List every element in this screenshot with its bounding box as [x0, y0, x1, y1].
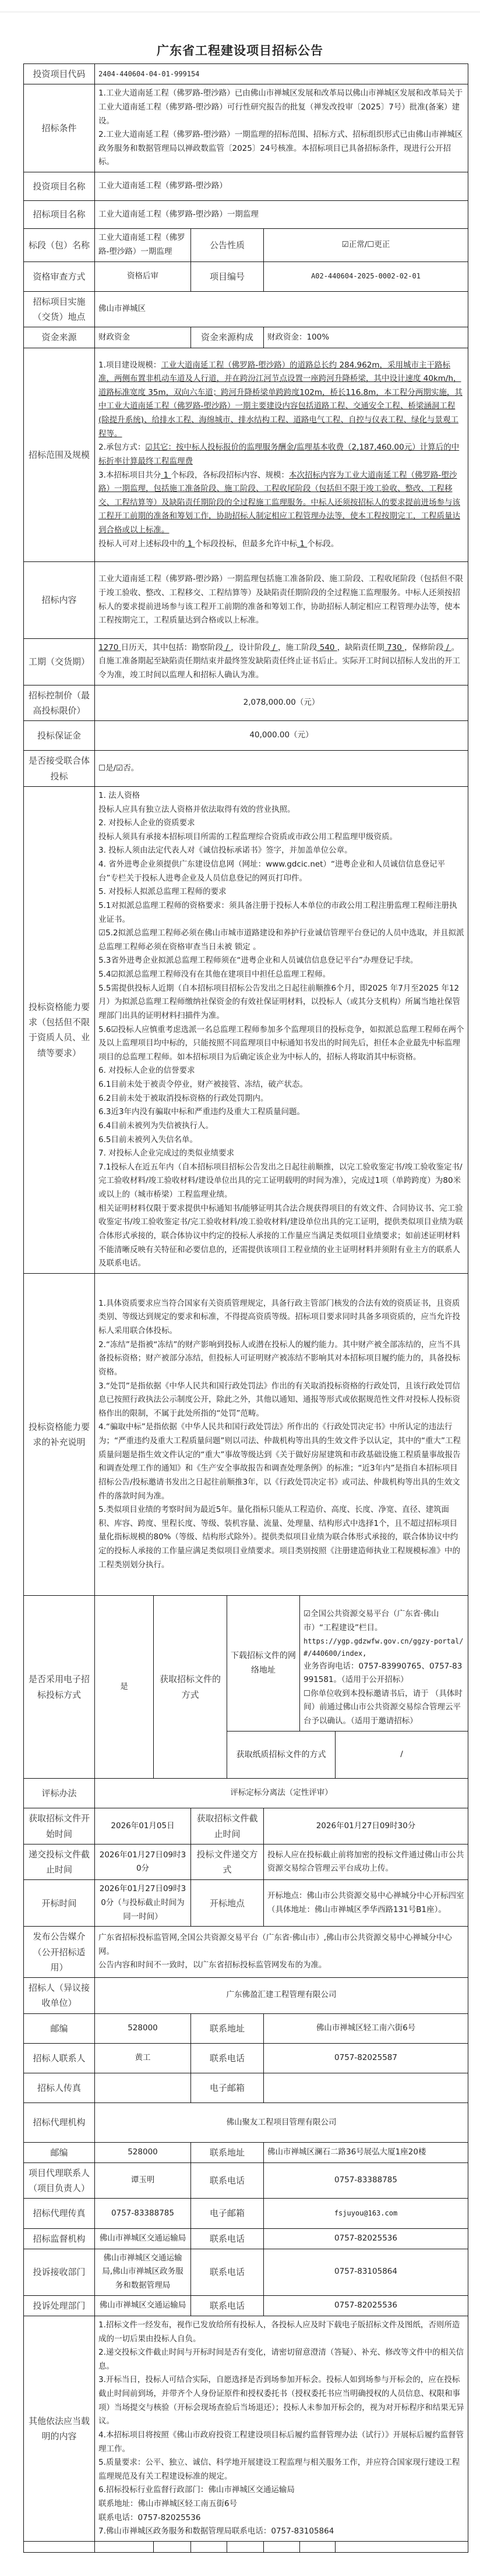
req-line: 6.2目前未处于被取消投标资格的行政处罚期内。: [98, 1092, 464, 1106]
spacer-cell: [24, 2541, 95, 2552]
label-complaint-handle: 投诉处理部门: [24, 2295, 95, 2316]
value-tenderer: 广东佛盈汇建工程管理有限公司: [95, 1978, 468, 2014]
value-agency-contact: 谭玉明: [95, 2162, 191, 2199]
other-line: 6.招标投标行业监督行政部门：佛山市禅城区交通运输局: [98, 2483, 464, 2497]
duration-construction: 540: [317, 643, 337, 652]
label-conditions: 招标条件: [24, 84, 95, 172]
value-agency-postal: 528000: [95, 2142, 191, 2162]
req-line: 6.3近3年内没有骗取中标和严重违约及重大工程质量问题。: [98, 1105, 464, 1119]
spacer-cell: [264, 2541, 300, 2552]
row-content: 招标内容 工业大道南延工程（佛罗路-塱沙路）一期监理包括施工准备阶段、施工阶段、…: [24, 562, 468, 639]
supplement-line: 2.“冻结”是指被“冻结”的财产影响到投标人或潜在投标人的履约能力。其中财产被全…: [98, 1338, 464, 1380]
label-funding: 资金来源: [24, 327, 95, 348]
spacer-cell: [95, 2541, 154, 2552]
label-qualification: 资格审查方式: [24, 262, 95, 291]
conditions-p2: 2.工业大道南延工程（佛罗路-塱沙路）一期监理的招标范围、招标方式、招标组织形式…: [98, 128, 464, 169]
row-section: 标段（包）名称 工业大道南延工程（佛罗路-塱沙路）一期监理 公告性质 ☑正常/☐…: [24, 229, 468, 262]
row-supplement: 投标资格能力要求的补充说明 1.具体资质要求应当符合国家有关资质管理规定，具备行…: [24, 1273, 468, 1596]
value-evaluation: 评标定标分离法（定性评审）: [95, 1779, 468, 1808]
label-project-code: 项目编号: [191, 262, 264, 291]
scope-p3-body: 本次招标内容为工业大道南延工程（佛罗路-塱沙路）一期监理，包括施工准备阶段、施工…: [98, 471, 460, 535]
label-tenderer-fax: 招标人传真: [24, 2073, 95, 2103]
label-supervisor-phone: 联系电话: [191, 2228, 264, 2249]
scope-section-count: 1: [161, 471, 171, 480]
supplement-line: 1.具体资质要求应当符合国家有关资质管理规定，具备行政主管部门核发的合法有效的资…: [98, 1297, 464, 1338]
label-tenderer-postal: 邮编: [24, 2013, 95, 2043]
label-agency-contact: 项目代理联系人（项目负责人）: [24, 2162, 95, 2199]
label-consortium: 是否接受联合体投标: [24, 751, 95, 787]
value-doc-end: 2026年01月27日09时30分: [264, 1808, 468, 1844]
row-other: 其他依法应当载明的内容 1.招标文件一经发布，视作已发放给所有投标人，各投标人应…: [24, 2316, 468, 2541]
label-funding-composition: 资金来源构成: [191, 327, 264, 348]
download-hotline: 业务咨询电话：0757-83990765、0757-83991581。（适用于公…: [303, 1660, 464, 1687]
label-media: 发布公告媒介（公开招标适用）: [24, 1927, 95, 1978]
value-deposit: 40,000.00（元）: [95, 721, 468, 751]
row-conditions: 招标条件 1.工业大道南延工程（佛罗路-塱沙路）已由佛山市禅城区发展和改革局以佛…: [24, 84, 468, 172]
row-agency-contact: 项目代理联系人（项目负责人） 谭玉明 联系电话 0757-83388785: [24, 2162, 468, 2199]
row-invest-name: 投资项目名称 工业大道南延工程（佛罗路-塱沙路）: [24, 172, 468, 201]
value-complaint-handle: 佛山市禅城区交通运输局: [95, 2295, 191, 2316]
value-tenderer-postal: 528000: [95, 2013, 191, 2043]
row-tenderer-contact: 招标人联系人 黄工 联系电话 0757-82025587: [24, 2043, 468, 2073]
label-electronic: 是否采用电子招标投标方式: [24, 1596, 95, 1779]
media-line-1: 广东省招标投标监管网,全国公共资源交易平台（广东省·佛山市）,佛山市公共资源交易…: [98, 1931, 464, 1959]
value-agency-phone: 0757-83388785: [264, 2162, 468, 2199]
row-tender-name: 招标项目名称 工业大道南延工程（佛罗路-塱沙路）一期监理: [24, 200, 468, 229]
label-obtain-method: 获取招标文件的方式: [154, 1596, 227, 1779]
spacer-cell: [191, 2541, 227, 2552]
table-footer-spacer: [24, 2541, 468, 2552]
label-invest-name: 投资项目名称: [24, 172, 95, 201]
value-control-price: 2,078,000.00（元）: [95, 685, 468, 721]
scope-p4-c: 个标段。: [307, 539, 338, 549]
supplement-line: 5.类似项目业绩的考察时间为最近5年。量化指标只能从工程造价、高度、长度、净宽、…: [98, 1503, 464, 1572]
value-tender-name: 工业大道南延工程（佛罗路-塱沙路）一期监理: [95, 200, 468, 229]
label-opening-time: 开标时间: [24, 1880, 95, 1927]
row-tenderer: 招标人（异议接收单位） 广东佛盈汇建工程管理有限公司: [24, 1978, 468, 2014]
page-title: 广东省工程建设项目招标公告: [0, 41, 480, 59]
scope-p3-mid: 个标段，各标段招标内容、规模：: [171, 471, 290, 480]
req-line: 4. 省外进粤企业须提供广东建设信息网（网址：www.gdcic.net）“进粤…: [98, 858, 464, 885]
label-agency-fax: 招标代理传真: [24, 2199, 95, 2228]
req-line: 7. 对投标人企业完成过的类似业绩要求: [98, 1147, 464, 1161]
req-line: 相关证明材料仅限于要求提供中标通知书/能够证明其合法合规获得项目的有效文件、合同…: [98, 1202, 464, 1271]
row-agency-fax: 招标代理传真 0757-83388785 电子邮箱 fsjuyou@163.co…: [24, 2199, 468, 2228]
scope-p1: 1.项目建设规模：工业大道南延工程（佛罗路-塱沙路）的道路总长约 284.962…: [98, 359, 464, 441]
download-url-link[interactable]: https://ygp.gdzwfw.gov.cn/ggzy-portal/#/…: [303, 1635, 464, 1660]
req-line: 5.3省外进粤企业拟派总监理工程师须在“进粤企业和人员诚信信息登记平台”办理登记…: [98, 954, 464, 968]
spacer-cell: [336, 2541, 468, 2552]
duration-text-1: 日历天，其中包括：勘察阶段: [121, 643, 224, 652]
label-notice-nature: 公告性质: [191, 229, 264, 262]
row-media: 发布公告媒介（公开招标适用） 广东省招标投标监管网,全国公共资源交易平台（广东省…: [24, 1927, 468, 1978]
req-line: 1. 法人资格: [98, 789, 464, 803]
req-line: 3. 投标人须由法定代表人对《诚信投标承诺书》签字，并加盖单位公章。: [98, 844, 464, 858]
row-agency-postal: 邮编 528000 联系地址 佛山市禅城区澜石二路36号展弘大厦1座20楼: [24, 2142, 468, 2162]
label-submit-method: 投标文件递交方式: [191, 1844, 264, 1880]
row-consortium: 是否接受联合体投标 ☐是/☑否。: [24, 751, 468, 787]
req-line: 7.1投标人在近五年内（自本招标项目招标公告发出之日起往前顺推，以完工验收鉴定书…: [98, 1161, 464, 1202]
scope-bid-count: 1: [185, 539, 195, 549]
scope-p2-prefix: 2.承包方式：: [98, 443, 145, 452]
value-agency: 佛山聚友工程项目管理有限公司: [95, 2103, 468, 2142]
value-agency-fax: 0757-83388785: [95, 2199, 191, 2228]
label-section: 标段（包）名称: [24, 229, 95, 262]
label-tenderer-phone: 联系电话: [191, 2043, 264, 2073]
value-download-address: ☑全国公共资源交易平台（广东省·佛山市）“工程建设”栏目。 https://yg…: [300, 1596, 468, 1731]
label-other: 其他依法应当载明的内容: [24, 2316, 95, 2541]
value-location: 佛山市禅城区: [95, 291, 468, 327]
label-agency-address: 联系地址: [191, 2142, 264, 2162]
label-location: 招标项目实施（交货）地点: [24, 291, 95, 327]
other-line: 7.佛山市禅城区政务服务和数据管理局联系电话：0757-83105864: [98, 2525, 464, 2539]
label-content: 招标内容: [24, 562, 95, 639]
row-control-price: 招标控制价（最高投标限价） 2,078,000.00（元）: [24, 685, 468, 721]
label-duration: 工期（交货期）: [24, 638, 95, 685]
label-tenderer-email: 电子邮箱: [191, 2073, 264, 2103]
duration-text-4: ，缺陷责任期: [337, 643, 384, 652]
value-media: 广东省招标投标监管网,全国公共资源交易平台（广东省·佛山市）,佛山市公共资源交易…: [95, 1927, 468, 1978]
req-line: 6.4目前未被列为失信被执行人。: [98, 1119, 464, 1133]
other-line: 联系地址：佛山市禅城区轻工南五街6号: [98, 2497, 464, 2511]
label-opening-place: 开标地点: [191, 1880, 264, 1927]
req-line: 6.1目前未处于被责令停业，财产被接管、冻结，破产状态。: [98, 1078, 464, 1092]
req-line: 投标人应具有独立法人资格并依法取得有效的营业执照。: [98, 803, 464, 817]
duration-survey: /: [223, 643, 231, 652]
duration-warranty: /: [444, 643, 451, 652]
value-project-code: A02-440604-2025-0002-02-01: [264, 262, 468, 291]
row-evaluation: 评标办法 评标定标分离法（定性评审）: [24, 1779, 468, 1808]
row-duration: 工期（交货期） 1270 日历天，其中包括：勘察阶段 / ，设计阶段 / ，施工…: [24, 638, 468, 685]
req-line: 5.6☑投标人应慎重考虑选派一名总监理工程师参加多个监理项目的投标竞争，如拟派总…: [98, 1023, 464, 1065]
label-tenderer: 招标人（异议接收单位）: [24, 1978, 95, 2014]
row-requirements: 投标资格能力要求（包括但不限于资质人员、业绩等要求） 1. 法人资格 投标人应具…: [24, 786, 468, 1273]
download-invite-note: ☐你单位收到本投标邀请书后，请于 （具体时间）前通过佛山市公共资源交易综合管理云…: [303, 1687, 464, 1729]
value-tenderer-address: 佛山市禅城区轻工南六街6号: [264, 2013, 468, 2043]
row-deposit: 投标保证金 40,000.00（元）: [24, 721, 468, 751]
label-evaluation: 评标办法: [24, 1779, 95, 1808]
value-duration: 1270 日历天，其中包括：勘察阶段 / ，设计阶段 / ，施工阶段 540 ，…: [95, 638, 468, 685]
row-invest-code: 投资项目代码 2404-440604-04-01-999154: [24, 64, 468, 84]
label-submit-deadline: 递交投标文件截止时间: [24, 1844, 95, 1880]
value-consortium: ☐是/☑否。: [95, 751, 468, 787]
label-download-address: 下载招标文件的网络地址: [227, 1596, 300, 1731]
supplement-line: 4.“骗取中标”是指依据《中华人民共和国行政处罚法》所作出的《行政处罚决定书》中…: [98, 1420, 464, 1503]
value-requirements: 1. 法人资格 投标人应具有独立法人资格并依法取得有效的营业执照。 2. 对投标…: [95, 786, 468, 1273]
label-doc-end: 获取招标文件截止时间: [191, 1808, 264, 1844]
value-opening-place: 开标地点：佛山市公共资源交易中心禅城分中心开标四室（具体地址：佛山市禅城区季华西…: [264, 1880, 468, 1927]
row-supervisor: 招标监督机构 佛山市禅城区交通运输局 联系电话 0757-82025536: [24, 2228, 468, 2249]
label-agency: 招标代理机构: [24, 2103, 95, 2142]
label-scope: 招标范围及规模: [24, 348, 95, 562]
other-line: 5.质量要求：公平、独立、诚信、科学地开展建设工程监理与相关服务工作，并应符合国…: [98, 2456, 464, 2483]
value-agency-email[interactable]: fsjuyou@163.com: [264, 2199, 468, 2228]
row-opening: 开标时间 2026年01月27日09时30分（与投标截止时间为同一时间） 开标地…: [24, 1880, 468, 1927]
value-doc-start: 2026年01月05日: [95, 1808, 191, 1844]
value-agency-address: 佛山市禅城区澜石二路36号展弘大厦1座20楼: [264, 2142, 468, 2162]
scope-win-count: 1: [297, 539, 307, 549]
value-complaint-receive: 佛山市禅城区交通运输局,佛山市禅城区政务服务和数据管理局: [95, 2249, 191, 2295]
value-funding-composition: 财政资金：100%: [264, 327, 468, 348]
row-complaint-handle: 投诉处理部门 佛山市禅城区交通运输局 联系电话 0757-82025536: [24, 2295, 468, 2316]
tender-notice-table: 投资项目代码 2404-440604-04-01-999154 招标条件 1.工…: [23, 63, 468, 2553]
row-doc-time: 获取招标文件开始时间 2026年01月05日 获取招标文件截止时间 2026年0…: [24, 1808, 468, 1844]
value-complaint-receive-phone: 0757-83105864: [264, 2249, 468, 2295]
other-line: 3.开标当日，投标人可结合实际，自愿选择是否到场参加开标会。投标人如到场参与开标…: [98, 2373, 464, 2429]
value-tenderer-contact: 黄工: [95, 2043, 191, 2073]
req-line: 6.5目前未被列入失信名单。: [98, 1133, 464, 1147]
other-line: 1.招标文件一经发布，视作已发放给所有投标人，各投标人应及时下载电子版招标文件及…: [98, 2319, 464, 2346]
row-qualification: 资格审查方式 资格后审 项目编号 A02-440604-2025-0002-02…: [24, 262, 468, 291]
value-supervisor: 佛山市禅城区交通运输局: [95, 2228, 191, 2249]
req-line: 6. 对投标人企业的信誉要求: [98, 1064, 464, 1078]
req-line: 5. 对投标人拟派总监理工程师的要求: [98, 885, 464, 899]
value-paper-method: /: [336, 1731, 468, 1779]
scope-p3-prefix: 3.本招标项目共分: [98, 471, 161, 480]
req-line: 5.5需提供投标人近期（自本招标项目招标公告发出之日起往前顺推6个月，即2025…: [98, 982, 464, 1023]
row-submit: 递交投标文件截止时间 2026年01月27日09时30分 投标文件递交方式 投标…: [24, 1844, 468, 1880]
scope-p2: 2.承包方式：☑其它：按中标人投标报价的监理服务酬金/监理基本收费（2,187,…: [98, 441, 464, 468]
scope-p4-b: 个标段投标，但最多允许中标: [195, 539, 298, 549]
scope-p4: 投标人可对上述标段中的 1 个标段投标，但最多允许中标 1 个标段。: [98, 538, 464, 552]
scope-p3: 3.本招标项目共分 1 个标段，各标段招标内容、规模：本次招标内容为工业大道南延…: [98, 469, 464, 538]
spacer-cell: [154, 2541, 191, 2552]
label-paper-method: 获取纸质招标文件的方式: [227, 1731, 336, 1779]
value-tenderer-phone: 0757-82025587: [264, 2043, 468, 2073]
value-section: 工业大道南延工程（佛罗路-塱沙路）一期监理: [95, 229, 191, 262]
value-supplement: 1.具体资质要求应当符合国家有关资质管理规定，具备行政主管部门核发的合法有效的资…: [95, 1273, 468, 1596]
row-funding: 资金来源 财政资金 资金来源构成 财政资金：100%: [24, 327, 468, 348]
duration-design: /: [270, 643, 278, 652]
value-funding: 财政资金: [95, 327, 191, 348]
other-line: 联系电话：0757-82025536: [98, 2511, 464, 2525]
duration-text-3: ，施工阶段: [278, 643, 317, 652]
label-tender-name: 招标项目名称: [24, 200, 95, 229]
req-line: 5.4☑拟派总监理工程师没有在其他在建项目中担任总监理工程师。: [98, 968, 464, 982]
spacer-cell: [300, 2541, 336, 2552]
label-doc-start: 获取招标文件开始时间: [24, 1808, 95, 1844]
scope-p2-body: ☑其它：按中标人投标报价的监理服务酬金/监理基本收费（2,187,460.00元…: [98, 443, 459, 466]
spacer-cell: [227, 2541, 264, 2552]
scope-p1-body: 工业大道南延工程（佛罗路-塱沙路）的道路总长约 284.962m，采用城市主干路…: [98, 361, 463, 439]
value-scope: 1.项目建设规模：工业大道南延工程（佛罗路-塱沙路）的道路总长约 284.962…: [95, 348, 468, 562]
req-line: 5.1对拟派总监理工程师的资格要求：须具备注册于投标人本单位的市政公用工程注册监…: [98, 899, 464, 927]
label-deposit: 投标保证金: [24, 721, 95, 751]
req-line: 投标人须具有承接本招标项目所需的工程监理综合资质或市政公用工程监理甲级资质。: [98, 831, 464, 844]
value-other: 1.招标文件一经发布，视作已发放给所有投标人，各投标人应及时下载电子版招标文件及…: [95, 2316, 468, 2541]
row-electronic-1: 是否采用电子招标投标方式 是 获取招标文件的方式 下载招标文件的网络地址 ☑全国…: [24, 1596, 468, 1731]
label-invest-code: 投资项目代码: [24, 64, 95, 84]
value-qualification: 资格后审: [95, 262, 191, 291]
duration-defect: 730: [384, 643, 404, 652]
label-complaint-receive: 投诉接收部门: [24, 2249, 95, 2295]
value-electronic: 是: [95, 1596, 154, 1779]
label-complaint-handle-phone: 联系电话: [191, 2295, 264, 2316]
conditions-p1: 1.工业大道南延工程（佛罗路-塱沙路）已由佛山市禅城区发展和改革局以佛山市禅城区…: [98, 87, 464, 128]
value-submit-deadline: 2026年01月27日09时30分: [95, 1844, 191, 1880]
duration-text-2: ，设计阶段: [231, 643, 270, 652]
value-invest-name: 工业大道南延工程（佛罗路-塱沙路）: [95, 172, 468, 201]
top-divider: [0, 0, 480, 12]
value-supervisor-phone: 0757-82025536: [264, 2228, 468, 2249]
other-line: 2.递交投标文件截止时间与开标时间是否有变化，请密切留意澄清（答疑）、补充、修改…: [98, 2346, 464, 2373]
label-tenderer-contact: 招标人联系人: [24, 2043, 95, 2073]
notice-page: 广东省工程建设项目招标公告 投资项目代码 2404-440604-04-01-9…: [0, 12, 480, 2576]
label-supplement: 投标资格能力要求的补充说明: [24, 1273, 95, 1596]
label-agency-phone: 联系电话: [191, 2162, 264, 2199]
row-agency: 招标代理机构 佛山聚友工程项目管理有限公司: [24, 2103, 468, 2142]
value-invest-code: 2404-440604-04-01-999154: [95, 64, 468, 84]
value-opening-time: 2026年01月27日09时30分（与投标截止时间为同一时间）: [95, 1880, 191, 1927]
label-requirements: 投标资格能力要求（包括但不限于资质人员、业绩等要求）: [24, 786, 95, 1273]
label-tenderer-address: 联系地址: [191, 2013, 264, 2043]
label-agency-email: 电子邮箱: [191, 2199, 264, 2228]
row-scope: 招标范围及规模 1.项目建设规模：工业大道南延工程（佛罗路-塱沙路）的道路总长约…: [24, 348, 468, 562]
row-complaint-receive: 投诉接收部门 佛山市禅城区交通运输局,佛山市禅城区政务服务和数据管理局 联系电话…: [24, 2249, 468, 2295]
value-tenderer-fax: [95, 2073, 191, 2103]
req-line: 2. 对投标人企业的资质要求: [98, 817, 464, 831]
row-tenderer-fax: 招标人传真 电子邮箱: [24, 2073, 468, 2103]
media-line-2: 公告内容和时间不一致时，以广东省招标投标监管网发布的为准。: [98, 1959, 464, 1973]
scope-p4-a: 投标人可对上述标段中的: [98, 539, 185, 549]
duration-days: 1270: [98, 643, 121, 652]
value-notice-nature: ☑正常/☐更正: [264, 229, 468, 262]
supplement-line: 3.“处罚”是指依据《中华人民共和国行政处罚法》作出的有关取消投标资格的行政处罚…: [98, 1380, 464, 1421]
value-content: 工业大道南延工程（佛罗路-塱沙路）一期监理包括施工准备阶段、施工阶段、工程收尾阶…: [95, 562, 468, 639]
label-agency-postal: 邮编: [24, 2142, 95, 2162]
row-tenderer-postal: 邮编 528000 联系地址 佛山市禅城区轻工南六街6号: [24, 2013, 468, 2043]
duration-text-5: ，保修阶段: [404, 643, 444, 652]
row-location: 招标项目实施（交货）地点 佛山市禅城区: [24, 291, 468, 327]
scope-p1-prefix: 1.项目建设规模：: [98, 361, 161, 370]
value-complaint-handle-phone: 0757-82025536: [264, 2295, 468, 2316]
value-conditions: 1.工业大道南延工程（佛罗路-塱沙路）已由佛山市禅城区发展和改革局以佛山市禅城区…: [95, 84, 468, 172]
other-line: 4.本招标项目将按照《佛山市政府投资工程建设项目标后履约监督管理办法（试行）》开…: [98, 2429, 464, 2456]
label-supervisor: 招标监督机构: [24, 2228, 95, 2249]
label-complaint-receive-phone: 联系电话: [191, 2249, 264, 2295]
download-platform: ☑全国公共资源交易平台（广东省·佛山市）“工程建设”栏目。: [303, 1607, 464, 1635]
value-tenderer-email: [264, 2073, 468, 2103]
req-line: ☑5.2拟派总监理工程师必须在佛山市城市道路建设和养护行业诚信管理平台登记的人员…: [98, 927, 464, 954]
label-control-price: 招标控制价（最高投标限价）: [24, 685, 95, 721]
value-submit-method: 投标人应在投标截止前将加密的投标文件通过佛山市公共资源交易综合管理云平台成功上传…: [264, 1844, 468, 1880]
